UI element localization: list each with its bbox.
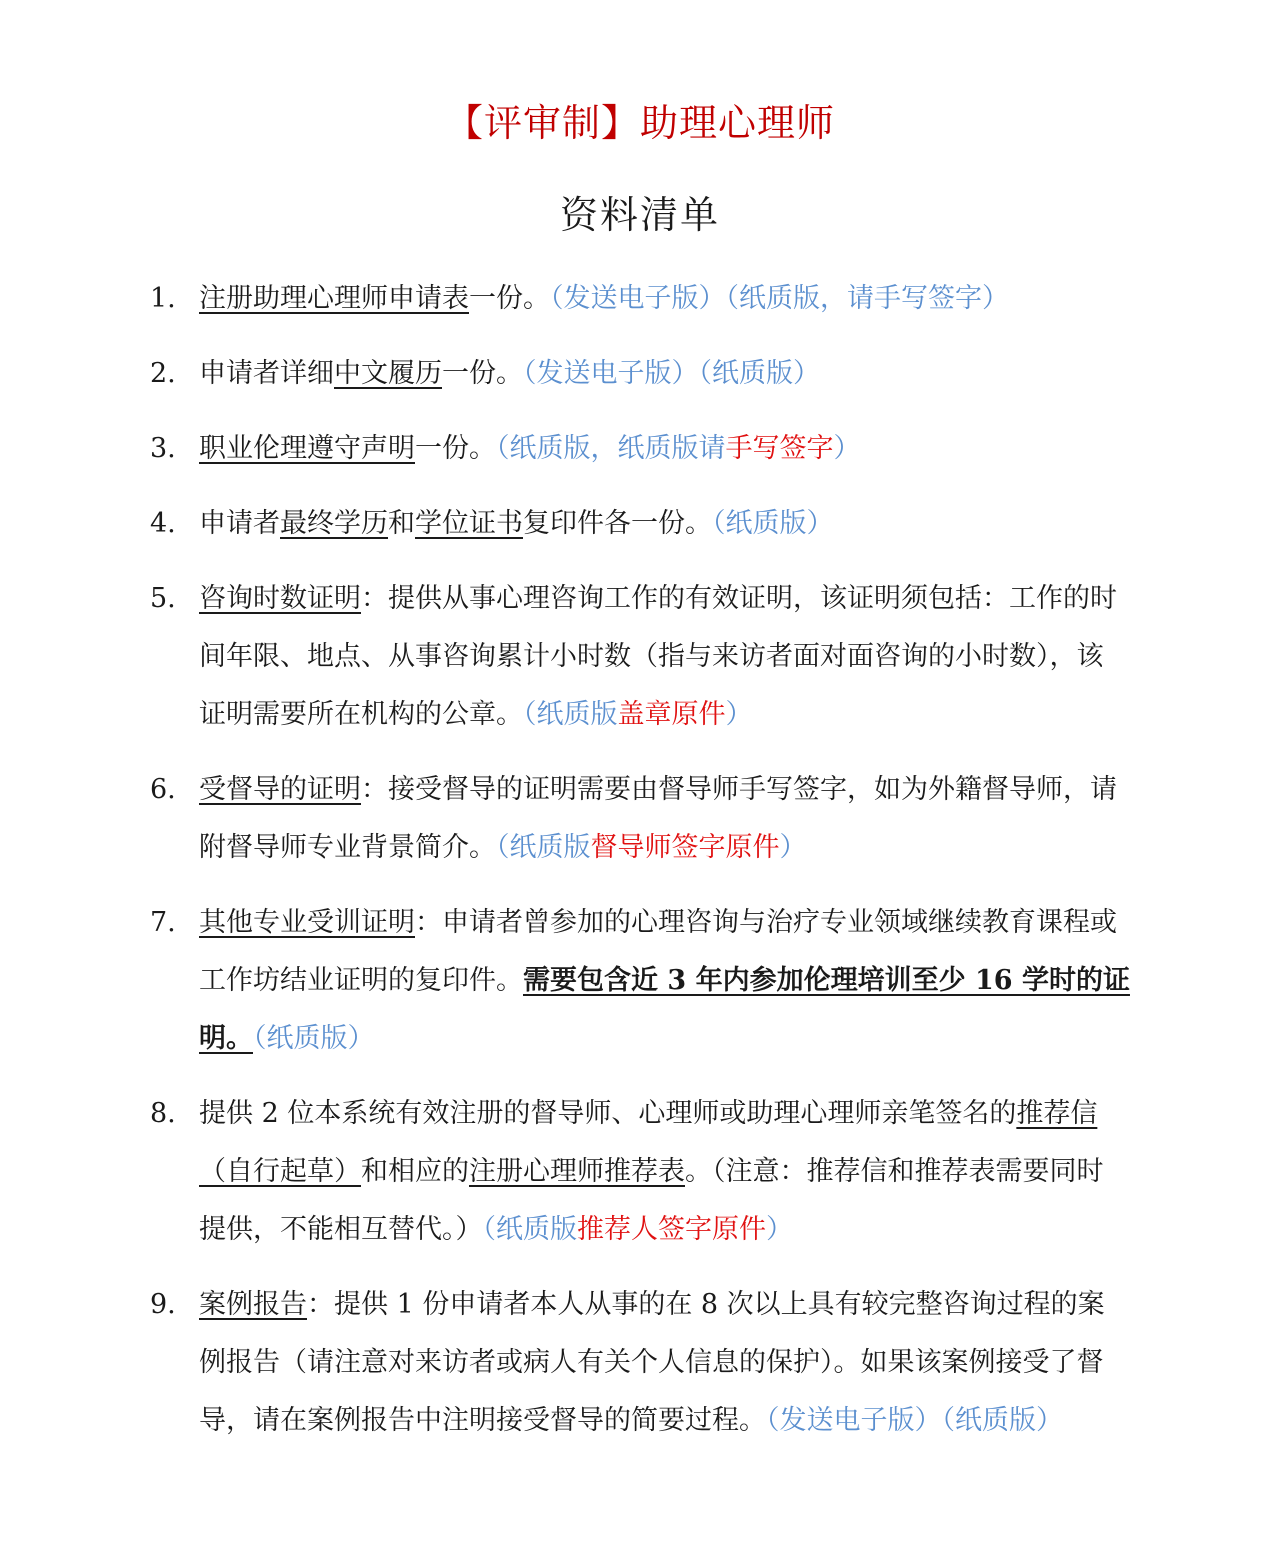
list-item: 2. 申请者详细中文履历一份。（发送电子版）（纸质版） xyxy=(150,345,1130,403)
item-note: ） xyxy=(834,433,861,464)
item-heading: 案例报告 xyxy=(199,1289,307,1320)
materials-list: 1. 注册助理心理师申请表一份。（发送电子版）（纸质版，请手写签字） 2. 申请… xyxy=(150,270,1130,1450)
item-text: 和 xyxy=(388,508,415,539)
list-item: 3. 职业伦理遵守声明一份。（纸质版，纸质版请手写签字） xyxy=(150,420,1130,478)
item-heading: 受督导的证明 xyxy=(199,774,361,805)
item-note: （发送电子版）（纸质版） xyxy=(766,1405,1063,1436)
item-number: 7. xyxy=(150,894,176,952)
list-item: 7. 其他专业受训证明：申请者曾参加的心理咨询与治疗专业领域继续教育课程或工作坊… xyxy=(150,894,1130,1068)
item-number: 3. xyxy=(150,420,176,478)
list-item: 8. 提供 2 位本系统有效注册的督导师、心理师或助理心理师亲笔签名的推荐信（自… xyxy=(150,1085,1130,1259)
item-heading: 职业伦理遵守声明 xyxy=(199,433,415,464)
item-heading: 学位证书 xyxy=(415,508,523,539)
item-number: 8. xyxy=(150,1085,176,1143)
item-note-emphasis: 推荐人签字原件 xyxy=(577,1214,766,1245)
item-number: 2. xyxy=(150,345,176,403)
item-heading: 注册助理心理师申请表 xyxy=(199,283,469,314)
item-heading: 咨询时数证明 xyxy=(199,583,361,614)
item-heading: 最终学历 xyxy=(280,508,388,539)
item-text: 一份。 xyxy=(469,283,550,314)
item-note: （发送电子版）（纸质版） xyxy=(523,358,820,389)
item-text: 提供 2 位本系统有效注册的督导师、心理师或助理心理师亲笔签名的 xyxy=(199,1098,1016,1129)
list-item: 1. 注册助理心理师申请表一份。（发送电子版）（纸质版，请手写签字） xyxy=(150,270,1130,328)
document-subtitle: 资料清单 xyxy=(0,184,1280,239)
item-heading: 其他专业受训证明 xyxy=(199,907,415,938)
item-note-emphasis: 督导师签字原件 xyxy=(591,832,780,863)
list-item: 6. 受督导的证明：接受督导的证明需要由督导师手写签字，如为外籍督导师，请附督导… xyxy=(150,761,1130,877)
item-note: （纸质版 xyxy=(523,699,618,730)
item-note: （纸质版） xyxy=(712,508,834,539)
item-number: 1. xyxy=(150,270,176,328)
item-number: 5. xyxy=(150,570,176,628)
item-text: 和相应的 xyxy=(361,1156,469,1187)
item-text: 一份。 xyxy=(442,358,523,389)
list-item: 4. 申请者最终学历和学位证书复印件各一份。（纸质版） xyxy=(150,495,1130,553)
item-number: 4. xyxy=(150,495,176,553)
item-note: ） xyxy=(780,832,807,863)
item-text: 申请者详细 xyxy=(199,358,334,389)
item-note: （纸质版 xyxy=(496,832,591,863)
item-note-emphasis: 盖章原件 xyxy=(618,699,726,730)
item-text: 一份。 xyxy=(415,433,496,464)
item-heading: 注册心理师推荐表 xyxy=(469,1156,685,1187)
item-text: 复印件各一份。 xyxy=(523,508,712,539)
item-heading: 中文履历 xyxy=(334,358,442,389)
item-note: （纸质版，纸质版请 xyxy=(496,433,726,464)
item-note: （纸质版 xyxy=(483,1214,578,1245)
item-number: 9. xyxy=(150,1276,176,1334)
item-text: 申请者 xyxy=(199,508,280,539)
document-title: 【评审制】助理心理师 xyxy=(0,92,1280,147)
list-item: 5. 咨询时数证明：提供从事心理咨询工作的有效证明，该证明须包括：工作的时间年限… xyxy=(150,570,1130,744)
item-note: （发送电子版）（纸质版，请手写签字） xyxy=(550,283,1009,314)
item-note: ） xyxy=(726,699,753,730)
item-note: ） xyxy=(766,1214,793,1245)
item-number: 6. xyxy=(150,761,176,819)
list-item: 9. 案例报告：提供 1 份申请者本人从事的在 8 次以上具有较完整咨询过程的案… xyxy=(150,1276,1130,1450)
item-note-emphasis: 手写签字 xyxy=(726,433,834,464)
item-note: （纸质版） xyxy=(253,1023,375,1054)
